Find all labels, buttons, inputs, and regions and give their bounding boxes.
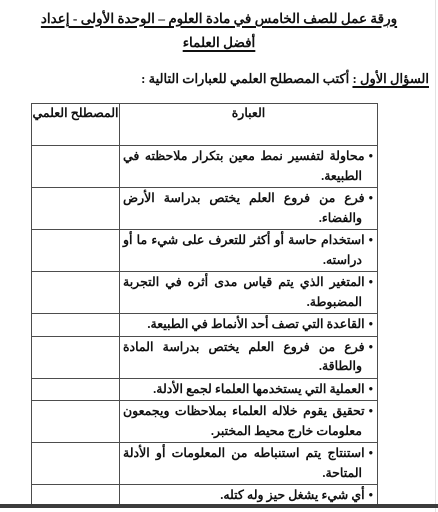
page-edge-bottom bbox=[0, 504, 438, 508]
statement-text: فرع من فروع العلم يختص بدراسة الأرض والف… bbox=[123, 191, 365, 225]
document-title: ورقة عمل للصف الخامس في مادة العلوم – ال… bbox=[0, 7, 438, 55]
term-answer-cell bbox=[32, 188, 120, 230]
statement-text: المتغير الذي يتم قياس مدى أثره في التجرب… bbox=[123, 275, 365, 309]
statement-text: أي شيء يشغل حيز وله كتله. bbox=[220, 488, 364, 502]
term-answer-cell bbox=[32, 443, 120, 485]
statement-cell: •تحقيق يقوم خلاله العلماء بملاحظات ويجمع… bbox=[120, 401, 378, 443]
bullet-icon: • bbox=[369, 488, 373, 502]
statement-text: فرع من فروع العلم يختص بدراسة المادة وال… bbox=[123, 340, 365, 374]
table-row: •محاولة لتفسير نمط معين بتكرار ملاحظته ف… bbox=[32, 146, 378, 188]
term-answer-cell bbox=[32, 146, 120, 188]
question-label: السؤال الأول : bbox=[352, 71, 429, 86]
bullet-icon: • bbox=[369, 233, 373, 247]
bullet-icon: • bbox=[369, 275, 373, 289]
statement-cell: •فرع من فروع العلم يختص بدراسة المادة وا… bbox=[120, 336, 378, 378]
statement-cell: •محاولة لتفسير نمط معين بتكرار ملاحظته ف… bbox=[120, 146, 378, 188]
question-heading: السؤال الأول : أكتب المصطلح العلمي للعبا… bbox=[9, 69, 429, 89]
page-edge-right bbox=[435, 0, 436, 512]
statement-cell: •القاعدة التي تصف أحد الأنماط في الطبيعة… bbox=[120, 314, 378, 337]
bullet-icon: • bbox=[369, 446, 373, 460]
table-row: •فرع من فروع العلم يختص بدراسة المادة وا… bbox=[32, 336, 378, 378]
term-answer-cell bbox=[32, 378, 120, 401]
statement-text: استنتاج يتم استنباطه من المعلومات أو الأ… bbox=[123, 446, 365, 480]
bullet-icon: • bbox=[369, 317, 373, 331]
title-line-2-text: أفضل العلماء bbox=[183, 35, 256, 50]
title-line-2: أفضل العلماء bbox=[0, 31, 438, 55]
statement-text: استخدام حاسة أو أكثر للتعرف على شيء ما أ… bbox=[123, 233, 365, 267]
table-row: •القاعدة التي تصف أحد الأنماط في الطبيعة… bbox=[32, 314, 378, 337]
bullet-icon: • bbox=[369, 404, 373, 418]
statement-text: محاولة لتفسير نمط معين بتكرار ملاحظته في… bbox=[123, 149, 365, 183]
table-row: •فرع من فروع العلم يختص بدراسة الأرض وال… bbox=[32, 188, 378, 230]
term-answer-cell bbox=[32, 272, 120, 314]
table-row: •استخدام حاسة أو أكثر للتعرف على شيء ما … bbox=[32, 230, 378, 272]
statement-text: القاعدة التي تصف أحد الأنماط في الطبيعة. bbox=[147, 317, 364, 331]
statement-cell: •استخدام حاسة أو أكثر للتعرف على شيء ما … bbox=[120, 230, 378, 272]
statement-cell: •المتغير الذي يتم قياس مدى أثره في التجر… bbox=[120, 272, 378, 314]
statement-text: تحقيق يقوم خلاله العلماء بملاحظات ويجمعو… bbox=[123, 404, 365, 438]
term-answer-cell bbox=[32, 314, 120, 337]
table-row: •المتغير الذي يتم قياس مدى أثره في التجر… bbox=[32, 272, 378, 314]
term-answer-cell bbox=[32, 230, 120, 272]
terms-table: العبارة المصطلح العلمي •محاولة لتفسير نم… bbox=[31, 103, 378, 508]
question-text: أكتب المصطلح العلمي للعبارات التالية : bbox=[141, 71, 352, 86]
statement-cell: •العملية التي يستخدمها العلماء لجمع الأد… bbox=[120, 378, 378, 401]
title-line-1-text: ورقة عمل للصف الخامس في مادة العلوم – ال… bbox=[41, 11, 397, 26]
title-line-1: ورقة عمل للصف الخامس في مادة العلوم – ال… bbox=[0, 7, 438, 31]
worksheet-page: ورقة عمل للصف الخامس في مادة العلوم – ال… bbox=[0, 0, 438, 512]
statement-text: العملية التي يستخدمها العلماء لجمع الأدل… bbox=[153, 382, 364, 396]
bullet-icon: • bbox=[369, 340, 373, 354]
table-row: •استنتاج يتم استنباطه من المعلومات أو ال… bbox=[32, 443, 378, 485]
term-answer-cell bbox=[32, 336, 120, 378]
table-row: •العملية التي يستخدمها العلماء لجمع الأد… bbox=[32, 378, 378, 401]
bullet-icon: • bbox=[369, 191, 373, 205]
term-answer-cell bbox=[32, 401, 120, 443]
term-column-header: المصطلح العلمي bbox=[32, 104, 120, 146]
statement-cell: •فرع من فروع العلم يختص بدراسة الأرض وال… bbox=[120, 188, 378, 230]
bullet-icon: • bbox=[369, 149, 373, 163]
table-row: •تحقيق يقوم خلاله العلماء بملاحظات ويجمع… bbox=[32, 401, 378, 443]
statement-cell: •استنتاج يتم استنباطه من المعلومات أو ال… bbox=[120, 443, 378, 485]
bullet-icon: • bbox=[369, 382, 373, 396]
table-header-row: العبارة المصطلح العلمي bbox=[32, 104, 378, 146]
statement-column-header: العبارة bbox=[120, 104, 378, 146]
